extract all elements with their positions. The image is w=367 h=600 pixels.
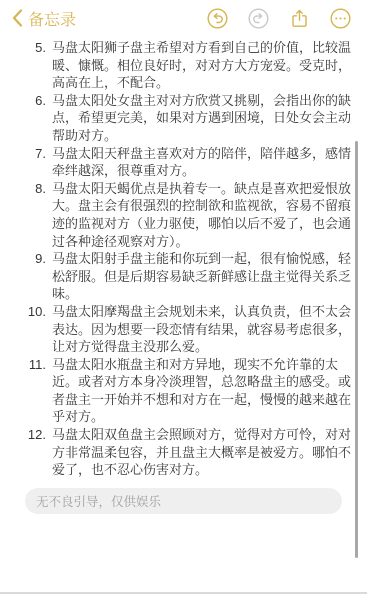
scrollbar[interactable] — [355, 141, 358, 558]
list-item-number: 6. — [14, 92, 46, 110]
list-item-text: 马盘太阳天秤盘主喜欢对方的陪伴，陪伴越多，感情牵绊越深，很尊重对方。 — [52, 145, 352, 180]
note-list: 5. 马盘太阳狮子盘主希望对方看到自己的价值，比较温暖、慷慨。相位良好时，对对方… — [0, 39, 367, 479]
disclaimer-text: 无不良引导，仅供娱乐 — [36, 492, 161, 510]
list-item: 9. 马盘太阳射手盘主能和你玩到一起，很有愉悦感，轻松舒服。但是后期容易缺乏新鲜… — [0, 250, 367, 303]
list-item-number: 8. — [14, 180, 46, 198]
list-item: 11. 马盘太阳水瓶盘主和对方异地，现实不允许靠的太近。或者对方本身冷淡理智，总… — [0, 356, 367, 426]
list-item-text: 马盘太阳狮子盘主希望对方看到自己的价值，比较温暖、慷慨。相位良好时，对对方大方宠… — [52, 39, 352, 92]
list-item-number: 7. — [14, 145, 46, 163]
list-item-text: 马盘太阳处女盘主对对方欣赏又挑剔，会指出你的缺点，希望更完美，如果对方遇到困境，… — [52, 92, 352, 145]
undo-icon[interactable] — [207, 8, 228, 29]
more-icon[interactable] — [330, 8, 351, 29]
list-item: 6. 马盘太阳处女盘主对对方欣赏又挑剔，会指出你的缺点，希望更完美，如果对方遇到… — [0, 92, 367, 145]
list-item-number: 11. — [14, 356, 46, 374]
note-body[interactable]: 5. 马盘太阳狮子盘主希望对方看到自己的价值，比较温暖、慷慨。相位良好时，对对方… — [0, 39, 367, 514]
list-item: 10. 马盘太阳摩羯盘主会规划未来，认真负责，但不太会表达。因为想要一段恋情有结… — [0, 303, 367, 356]
bottom-divider — [0, 592, 367, 594]
disclaimer-pill: 无不良引导，仅供娱乐 — [25, 488, 342, 514]
list-item: 8. 马盘太阳天蝎优点是执着专一。缺点是喜欢把爱恨放大。盘主会有很强烈的控制欲和… — [0, 180, 367, 250]
navbar: 备忘录 — [0, 0, 367, 34]
list-item-number: 12. — [14, 426, 46, 444]
share-icon[interactable] — [289, 8, 310, 29]
redo-icon[interactable] — [248, 8, 269, 29]
list-item: 7. 马盘太阳天秤盘主喜欢对方的陪伴，陪伴越多，感情牵绊越深，很尊重对方。 — [0, 145, 367, 180]
list-item-text: 马盘太阳天蝎优点是执着专一。缺点是喜欢把爱恨放大。盘主会有很强烈的控制欲和监视欲… — [52, 180, 352, 250]
list-item-text: 马盘太阳摩羯盘主会规划未来，认真负责，但不太会表达。因为想要一段恋情有结果，就容… — [52, 303, 352, 356]
nav-actions — [207, 8, 357, 29]
list-item: 12. 马盘太阳双鱼盘主会照顾对方，觉得对方可怜，对对方非常温柔包容，并且盘主大… — [0, 426, 367, 479]
list-item-text: 马盘太阳射手盘主能和你玩到一起，很有愉悦感，轻松舒服。但是后期容易缺乏新鲜感让盘… — [52, 250, 352, 303]
list-item: 5. 马盘太阳狮子盘主希望对方看到自己的价值，比较温暖、慷慨。相位良好时，对对方… — [0, 39, 367, 92]
list-item-text: 马盘太阳水瓶盘主和对方异地，现实不允许靠的太近。或者对方本身冷淡理智，总忽略盘主… — [52, 356, 352, 426]
list-item-text: 马盘太阳双鱼盘主会照顾对方，觉得对方可怜，对对方非常温柔包容，并且盘主大概率是被… — [52, 426, 352, 479]
back-button-label: 备忘录 — [28, 7, 76, 30]
notes-app-screen: 备忘录 — [0, 0, 367, 600]
back-button[interactable]: 备忘录 — [12, 7, 76, 30]
list-item-number: 5. — [14, 39, 46, 57]
chevron-left-icon — [12, 9, 23, 27]
list-item-number: 9. — [14, 250, 46, 268]
list-item-number: 10. — [14, 303, 46, 321]
